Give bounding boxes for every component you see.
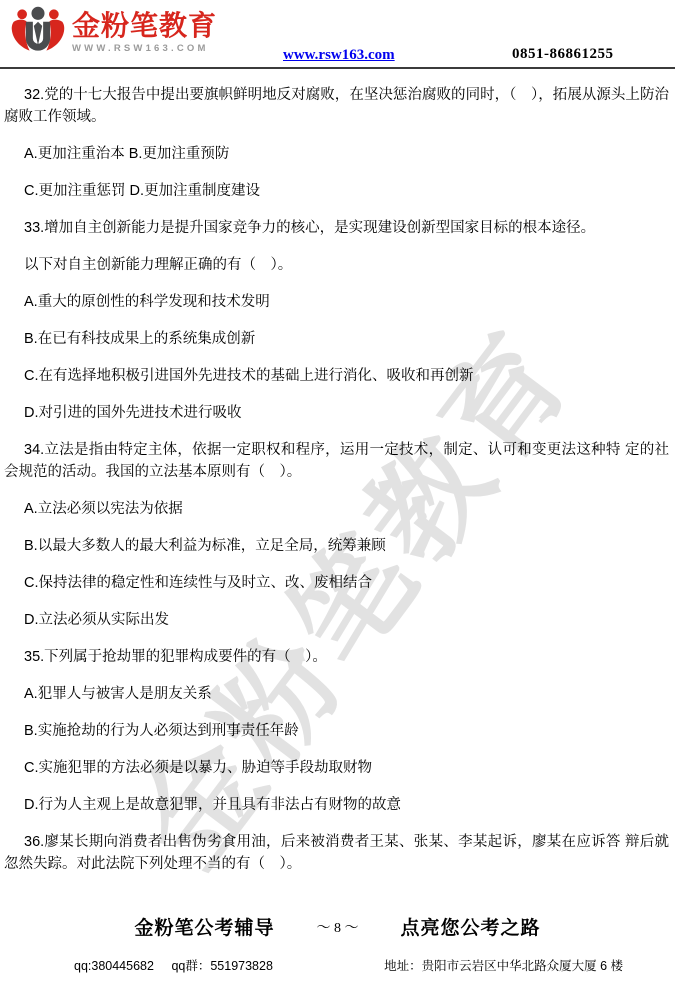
q34-option-c: C.保持法律的稳定性和连续性与及时立、改、废相结合 [4,572,669,594]
footer-contact-row: qq:380445682 qq群：551973828 地址：贵阳市云岩区中华北路… [0,956,675,974]
footer-right-slogan: 点亮您公考之路 [401,913,541,940]
q33-option-c: C.在有选择地积极引进国外先进技术的基础上进行消化、吸收和再创新 [4,365,669,387]
footer-slogan-row: 金粉笔公考辅导 ～ 8 ～ 点亮您公考之路 [0,913,675,940]
q34-option-a: A.立法必须以宪法为依据 [4,498,669,520]
question-32: 32.党的十七大报告中提出要旗帜鲜明地反对腐败，在坚决惩治腐败的同时，（ ），拓… [4,84,669,128]
q32-options-ab: A.更加注重治本 B.更加注重预防 [4,143,669,165]
q32-options-cd: C.更加注重惩罚 D.更加注重制度建设 [4,180,669,202]
q33-option-a: A.重大的原创性的科学发现和技术发明 [4,291,669,313]
q34-option-b: B.以最大多数人的最大利益为标准，立足全局，统筹兼顾 [4,535,669,557]
document-page: 金粉笔教育 金粉笔教育 WWW.RSW163.COM www.rsw163.co… [0,0,675,993]
q34-option-d: D.立法必须从实际出发 [4,609,669,631]
q35-option-a: A.犯罪人与被害人是朋友关系 [4,683,669,705]
brand-logo-icon [10,5,66,59]
q33-option-b: B.在已有科技成果上的系统集成创新 [4,328,669,350]
question-35: 35.下列属于抢劫罪的犯罪构成要件的有（ ）。 [4,646,669,668]
page-number: ～ 8 ～ [317,917,359,937]
brand-text-block: 金粉笔教育 WWW.RSW163.COM [72,11,217,54]
q35-option-b: B.实施抢劫的行为人必须达到刑事责任年龄 [4,720,669,742]
website-link[interactable]: www.rsw163.com [283,47,395,64]
footer-left-slogan: 金粉笔公考辅导 [134,913,274,940]
qq-group-number: qq群：551973828 [171,959,272,973]
q35-option-c: C.实施犯罪的方法必须是以暴力、胁迫等手段劫取财物 [4,757,669,779]
question-36: 36.廖某长期向消费者出售伪劣食用油，后来被消费者王某、张某、李某起诉，廖某在应… [4,831,669,875]
address: 地址：贵阳市云岩区中华北路众厦大厦 6 楼 [384,956,623,974]
question-33: 33.增加自主创新能力是提升国家竞争力的核心，是实现建设创新型国家目标的根本途径… [4,217,669,239]
question-34: 34.立法是指由特定主体，依据一定职权和程序，运用一定技术，制定、认可和变更法这… [4,439,669,483]
question-list: 32.党的十七大报告中提出要旗帜鲜明地反对腐败，在坚决惩治腐败的同时，（ ），拓… [0,69,675,875]
q33-stem: 以下对自主创新能力理解正确的有（ ）。 [4,254,669,276]
phone-number: 0851-86861255 [512,46,614,63]
brand-logo: 金粉笔教育 WWW.RSW163.COM [10,5,217,59]
brand-site-caption: WWW.RSW163.COM [72,43,217,54]
page-header: 金粉笔教育 WWW.RSW163.COM www.rsw163.com 0851… [0,0,675,69]
qq-number: qq:380445682 [74,959,154,973]
brand-name: 金粉笔教育 [72,11,217,41]
q33-option-d: D.对引进的国外先进技术进行吸收 [4,402,669,424]
q35-option-d: D.行为人主观上是故意犯罪，并且具有非法占有财物的故意 [4,794,669,816]
qq-contacts: qq:380445682 qq群：551973828 [74,956,273,974]
